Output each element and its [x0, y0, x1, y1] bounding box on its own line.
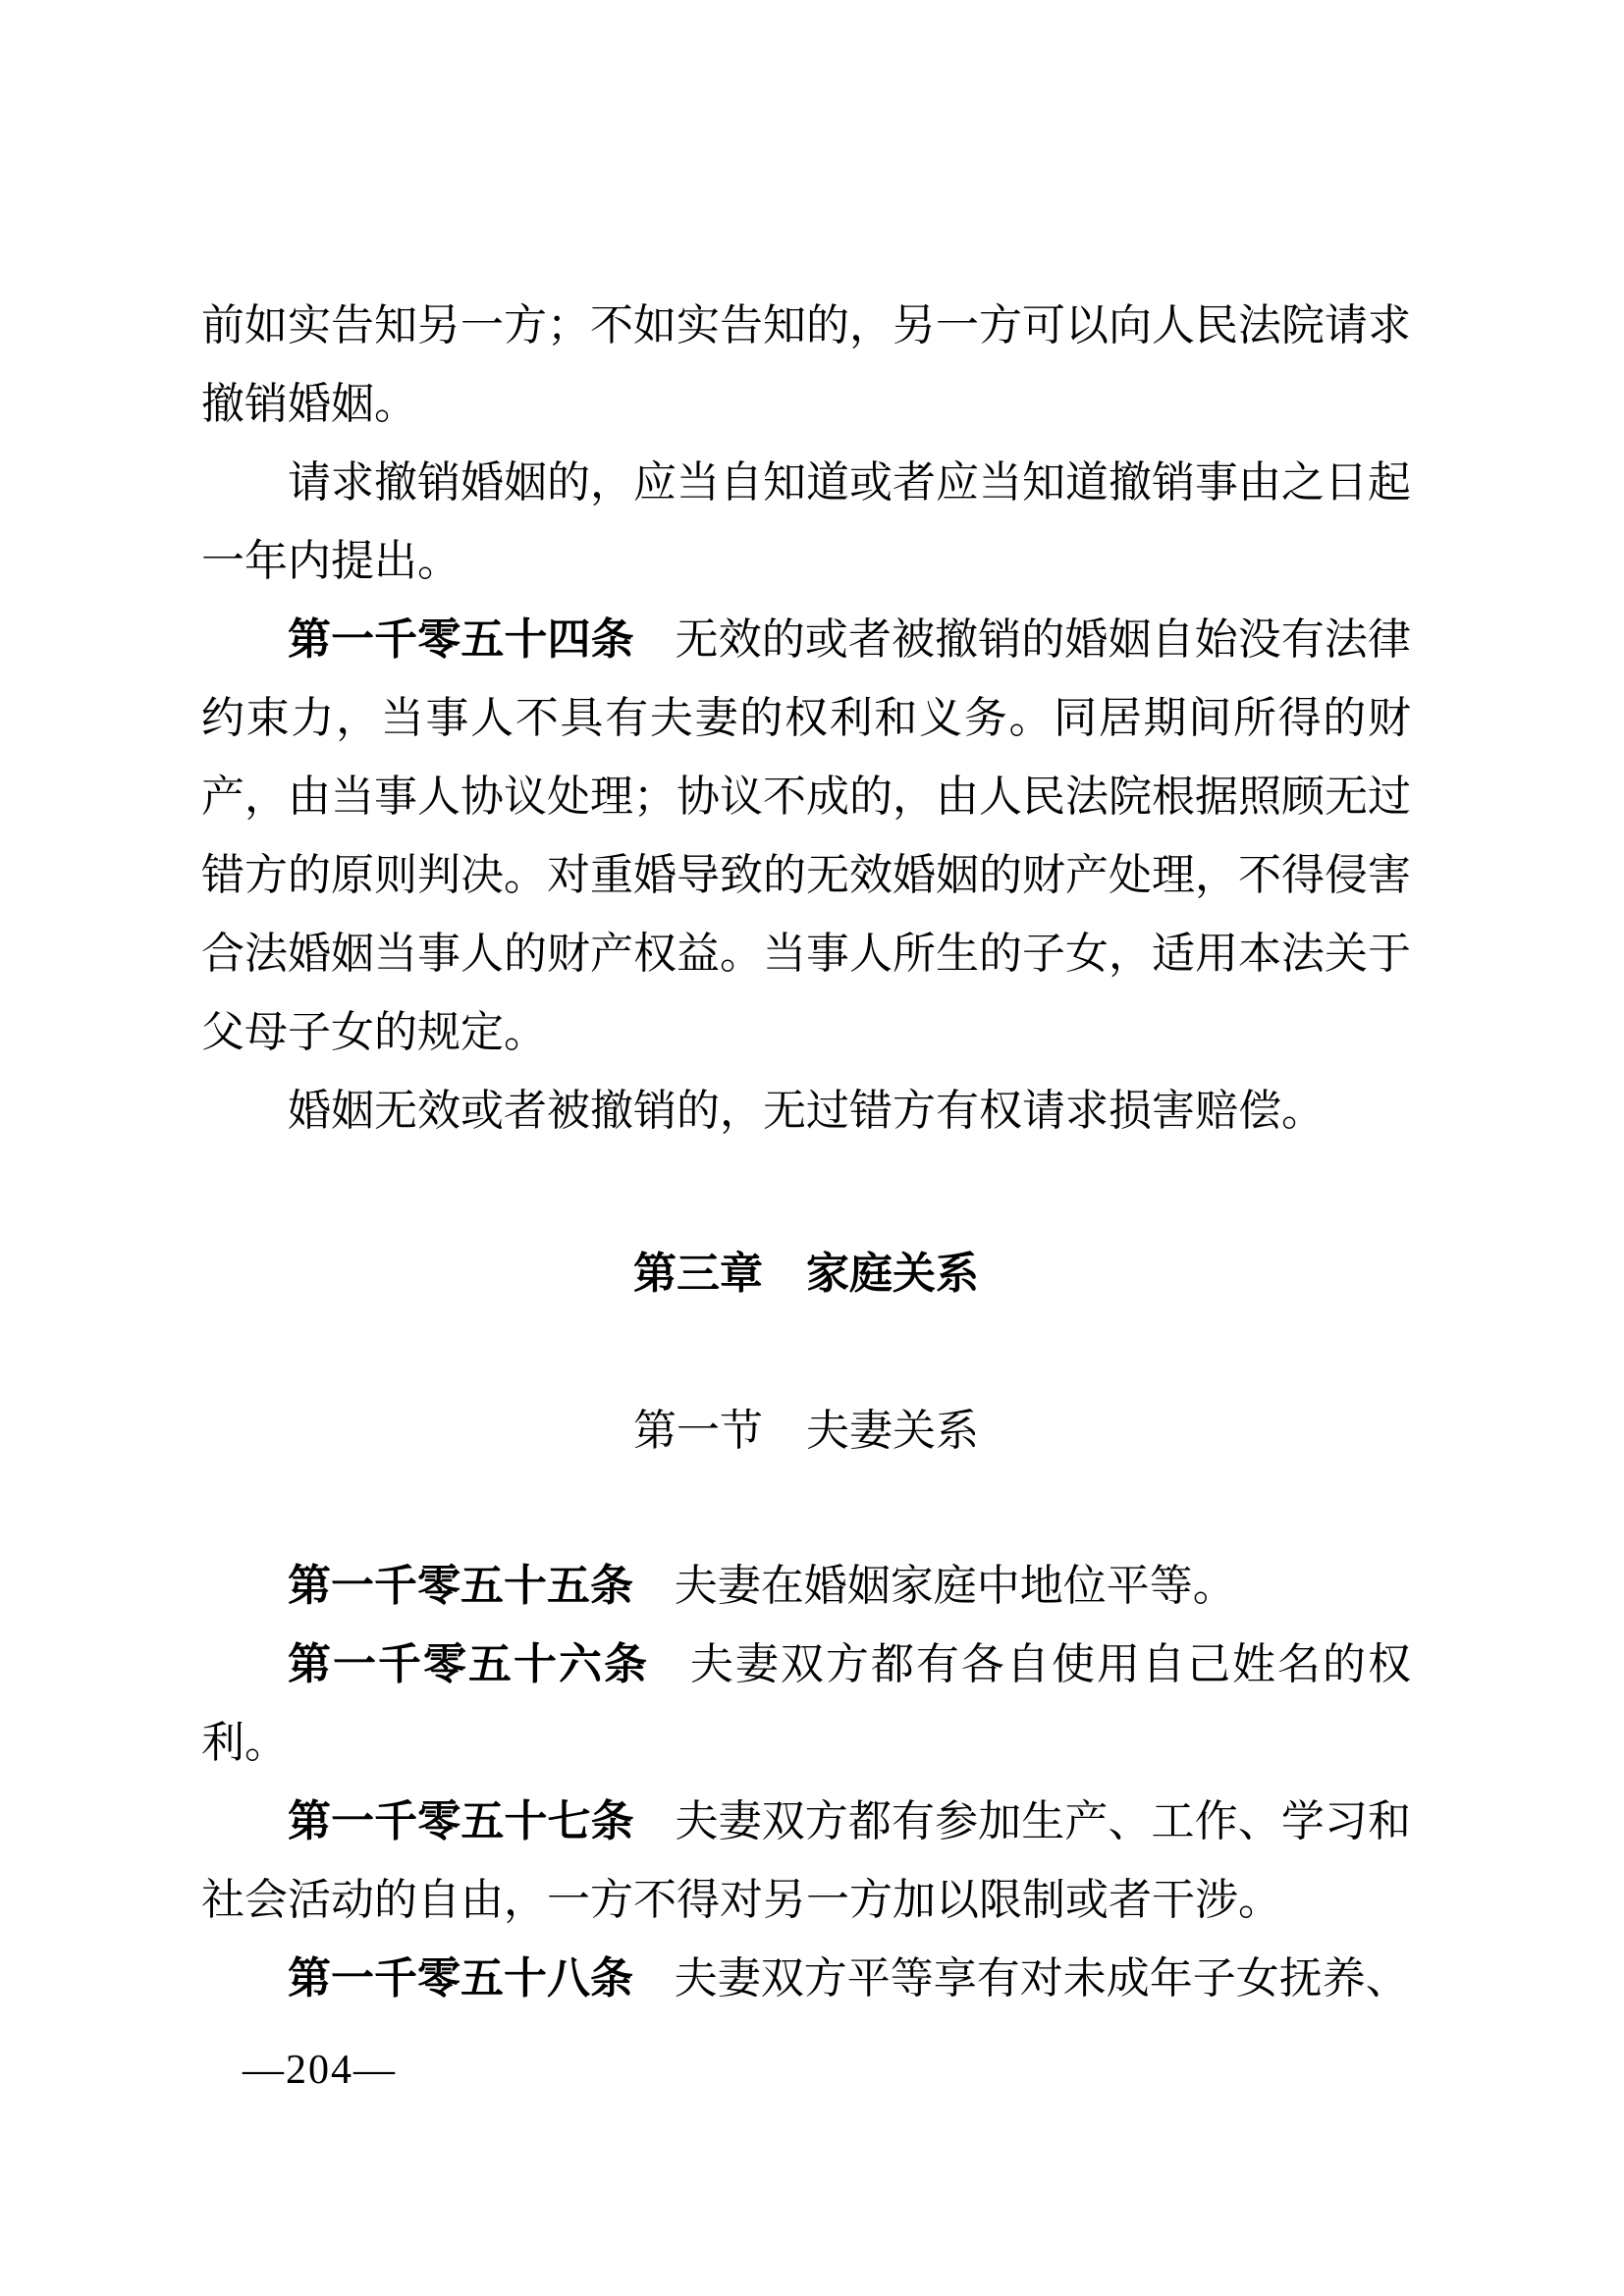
- chapter-title: 家庭关系: [806, 1250, 979, 1298]
- section-number: 第一节: [633, 1407, 763, 1455]
- section-heading: 第一节夫妻关系: [201, 1392, 1411, 1470]
- text-column: 前如实告知另一方；不如实告知的，另一方可以向人民法院请求撤销婚姻。 请求撤销婚姻…: [201, 287, 1411, 2018]
- chapter-heading: 第三章家庭关系: [201, 1235, 1411, 1313]
- paragraph-text: 前如实告知另一方；不如实告知的，另一方可以向人民法院请求撤销婚姻。: [201, 301, 1411, 428]
- article-paragraph: 第一千零五十六条夫妻双方都有各自使用自己姓名的权利。: [201, 1626, 1411, 1783]
- paragraph-continuation: 前如实告知另一方；不如实告知的，另一方可以向人民法院请求撤销婚姻。: [201, 287, 1411, 444]
- paragraph: 请求撤销婚姻的，应当自知道或者应当知道撤销事由之日起一年内提出。: [201, 444, 1411, 601]
- article-number: 第一千零五十八条: [288, 1954, 633, 2002]
- article-number: 第一千零五十四条: [288, 615, 634, 664]
- chapter-number: 第三章: [633, 1250, 763, 1298]
- document-page: 前如实告知另一方；不如实告知的，另一方可以向人民法院请求撤销婚姻。 请求撤销婚姻…: [0, 0, 1624, 2296]
- article-text: 无效的或者被撤销的婚姻自始没有法律约束力，当事人不具有夫妻的权利和义务。同居期间…: [201, 615, 1411, 1056]
- section-title: 夫妻关系: [806, 1407, 979, 1455]
- article-text: 夫妻在婚姻家庭中地位平等。: [675, 1562, 1236, 1610]
- article-text: 夫妻双方平等享有对未成年子女抚养、: [675, 1954, 1409, 2002]
- article-paragraph: 第一千零五十八条夫妻双方平等享有对未成年子女抚养、: [201, 1940, 1411, 2018]
- article-paragraph: 第一千零五十四条无效的或者被撤销的婚姻自始没有法律约束力，当事人不具有夫妻的权利…: [201, 601, 1411, 1072]
- article-number: 第一千零五十七条: [288, 1797, 634, 1845]
- paragraph: 婚姻无效或者被撤销的，无过错方有权请求损害赔偿。: [201, 1072, 1411, 1150]
- paragraph-text: 请求撤销婚姻的，应当自知道或者应当知道撤销事由之日起一年内提出。: [201, 458, 1411, 585]
- article-paragraph: 第一千零五十七条夫妻双方都有参加生产、工作、学习和社会活动的自由，一方不得对另一…: [201, 1783, 1411, 1940]
- article-number: 第一千零五十六条: [288, 1640, 649, 1688]
- article-number: 第一千零五十五条: [288, 1562, 633, 1610]
- article-paragraph: 第一千零五十五条夫妻在婚姻家庭中地位平等。: [201, 1547, 1411, 1626]
- paragraph-text: 婚姻无效或者被撤销的，无过错方有权请求损害赔偿。: [288, 1087, 1325, 1135]
- page-number: —204—: [243, 2046, 397, 2095]
